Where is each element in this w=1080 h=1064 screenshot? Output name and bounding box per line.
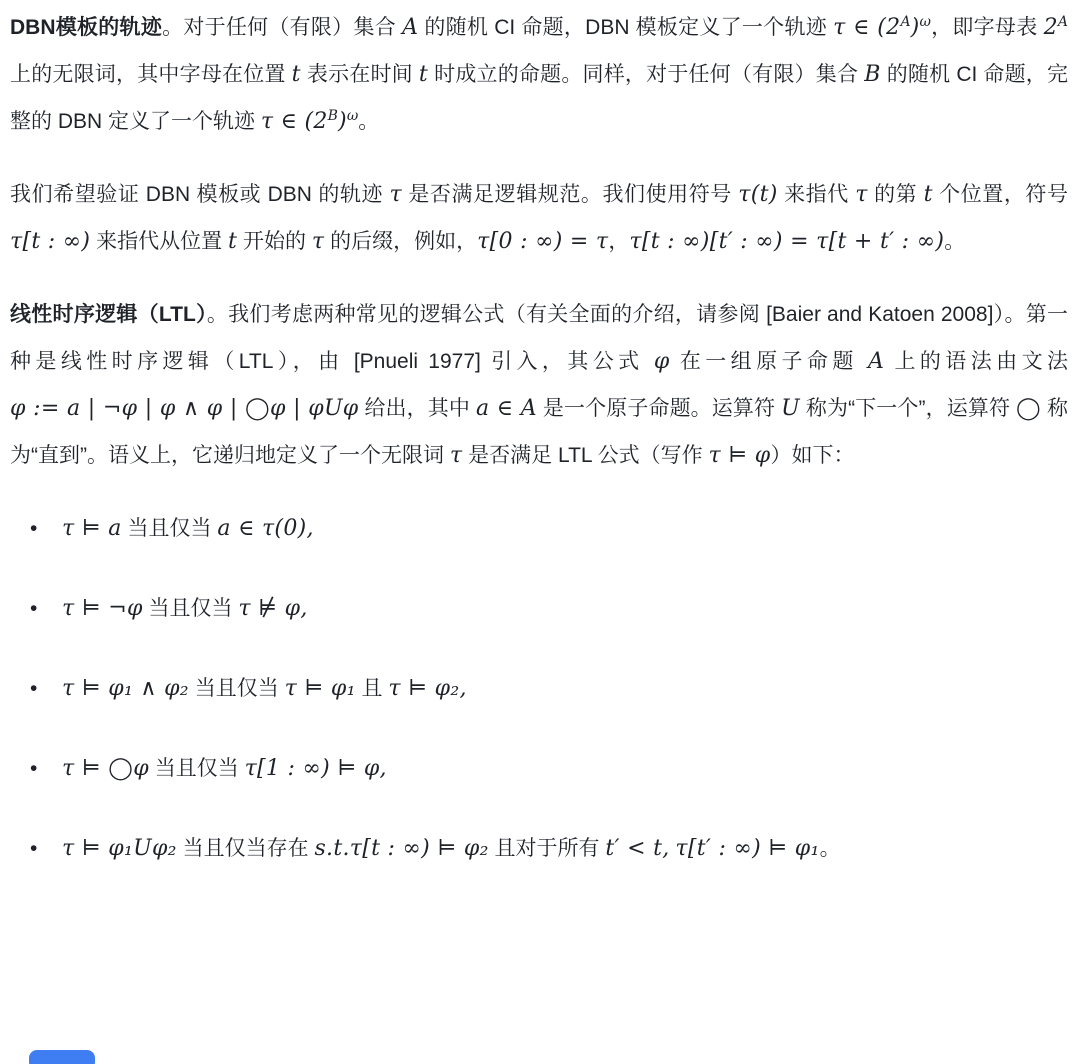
math-run: t [292, 62, 301, 87]
math-run: τ ⊨ ¬φ [62, 596, 143, 621]
math-run: a ∈ A [476, 396, 537, 421]
text-run: ，即字母表 [931, 16, 1044, 39]
text-run: 。 [820, 837, 841, 860]
text-run: 我们希望验证 DBN 模板或 DBN 的轨迹 [10, 183, 389, 206]
bold-lead-in: 线性时序逻辑（LTL） [10, 303, 207, 326]
math-run: t′ < t, [605, 836, 669, 861]
ltl-semantics-list: τ ⊨ a 当且仅当 a ∈ τ(0),τ ⊨ ¬φ 当且仅当 τ ⊭ φ,τ … [10, 505, 1068, 872]
text-run: 在一组原子命题 [670, 350, 868, 373]
ltl-rule-item: τ ⊨ a 当且仅当 a ∈ τ(0), [30, 505, 1068, 552]
text-run: 是否满足 LTL 公式（写作 [462, 444, 708, 467]
text-run: 上的无限词，其中字母在位置 [10, 63, 292, 86]
math-run: B [864, 62, 880, 87]
math-run: τ ∈ (2 [833, 15, 900, 40]
ltl-rule-item: τ ⊨ ¬φ 当且仅当 τ ⊭ φ, [30, 585, 1068, 632]
text-run: 的第 [868, 183, 924, 206]
text-run: 且对于所有 [489, 837, 606, 860]
text-run: 上的语法由文法 [884, 350, 1068, 373]
document-page: DBN模板的轨迹。对于任何（有限）集合 A 的随机 CI 命题，DBN 模板定义… [0, 0, 1080, 1064]
text-run: 的随机 CI 命题，DBN 模板定义了一个轨迹 [418, 16, 833, 39]
text-run: 是一个原子命题。运算符 [537, 397, 781, 420]
math-run: τ ⊭ φ, [238, 596, 307, 621]
math-run: τ ⊨ φ₁ ∧ φ₂ [62, 676, 189, 701]
text-run: 时成立的命题。同样，对于任何（有限）集合 [428, 63, 864, 86]
math-superscript: A [1058, 14, 1068, 30]
text-run: 的后缀，例如， [324, 230, 477, 253]
text-run: 当且仅当存在 [177, 837, 315, 860]
text-run: 当且仅当 [189, 677, 285, 700]
text-run: ， [608, 230, 629, 253]
math-run: τ ⊨ ◯φ [62, 756, 149, 781]
text-run: 。 [944, 230, 965, 253]
math-run: t [419, 62, 428, 87]
paragraph-trace-notation: 我们希望验证 DBN 模板或 DBN 的轨迹 τ 是否满足逻辑规范。我们使用符号… [10, 171, 1068, 265]
math-run: τ [389, 182, 401, 207]
text-run: 来指代 [778, 183, 856, 206]
text-run: 开始的 [237, 230, 312, 253]
text-run: 。 [358, 110, 379, 133]
math-run: τ ∈ (2 [261, 109, 328, 134]
math-superscript: B [328, 108, 338, 124]
math-run: 2 [1044, 15, 1058, 40]
math-run: τ[t′ : ∞) ⊨ φ₁ [675, 836, 819, 861]
text-run: 称为“下一个”，运算符 [800, 397, 1016, 420]
paragraph-ltl-definition: 线性时序逻辑（LTL）。我们考虑两种常见的逻辑公式（有关全面的介绍，请参阅 [B… [10, 291, 1068, 479]
math-run: τ ⊨ φ₂, [388, 676, 466, 701]
math-run: τ ⊨ φ₁ [285, 676, 356, 701]
math-superscript: A [900, 14, 910, 30]
math-run: τ ⊨ φ₁Uφ₂ [62, 836, 177, 861]
ltl-rule-item: τ ⊨ φ₁Uφ₂ 当且仅当存在 s.t.τ[t : ∞) ⊨ φ₂ 且对于所有… [30, 825, 1068, 872]
math-run: ◯ [1016, 396, 1041, 421]
text-run: 个位置，符号 [933, 183, 1068, 206]
text-run: 当且仅当 [149, 757, 245, 780]
text-run: 当且仅当 [122, 517, 218, 540]
math-superscript: ω [347, 108, 358, 124]
math-run: τ[t : ∞)[t′ : ∞) = τ[t + t′ : ∞) [629, 229, 944, 254]
math-run: τ [855, 182, 867, 207]
math-run: τ(t) [738, 182, 777, 207]
math-run: τ ⊨ a [62, 516, 122, 541]
text-run: 。对于任何（有限）集合 [162, 16, 402, 39]
text-run: 是否满足逻辑规范。我们使用符号 [402, 183, 738, 206]
math-run: τ ⊨ φ [709, 443, 771, 468]
bold-lead-in: DBN模板的轨迹 [10, 16, 162, 39]
text-run: 表示在时间 [301, 63, 419, 86]
math-run: τ[1 : ∞) ⊨ φ, [245, 756, 387, 781]
text-run: 来指代从位置 [90, 230, 228, 253]
ltl-rule-item: τ ⊨ φ₁ ∧ φ₂ 当且仅当 τ ⊨ φ₁ 且 τ ⊨ φ₂, [30, 665, 1068, 712]
text-run: 当且仅当 [143, 597, 239, 620]
math-run: τ [312, 229, 324, 254]
text-run: 且 [356, 677, 389, 700]
math-run: a ∈ τ(0), [217, 516, 313, 541]
text-run: 给出，其中 [359, 397, 476, 420]
math-run: τ[t : ∞) [10, 229, 90, 254]
partial-blue-button[interactable] [29, 1050, 95, 1064]
math-run: A [402, 15, 418, 40]
math-superscript: ω [919, 14, 930, 30]
math-run: φ [654, 349, 670, 374]
text-run: ）如下： [770, 444, 854, 467]
math-run: t [924, 182, 933, 207]
math-run: A [868, 349, 884, 374]
math-run: τ [450, 443, 462, 468]
math-run: ) [338, 109, 347, 134]
math-run: t [228, 229, 237, 254]
math-run: U [781, 396, 800, 421]
paragraph-dbn-template-trace: DBN模板的轨迹。对于任何（有限）集合 A 的随机 CI 命题，DBN 模板定义… [10, 4, 1068, 145]
math-run: τ[0 : ∞) = τ [477, 229, 608, 254]
math-run: φ := a | ¬φ | φ ∧ φ | ◯φ | φUφ [10, 396, 359, 421]
ltl-rule-item: τ ⊨ ◯φ 当且仅当 τ[1 : ∞) ⊨ φ, [30, 745, 1068, 792]
math-run: s.t.τ[t : ∞) ⊨ φ₂ [314, 836, 488, 861]
